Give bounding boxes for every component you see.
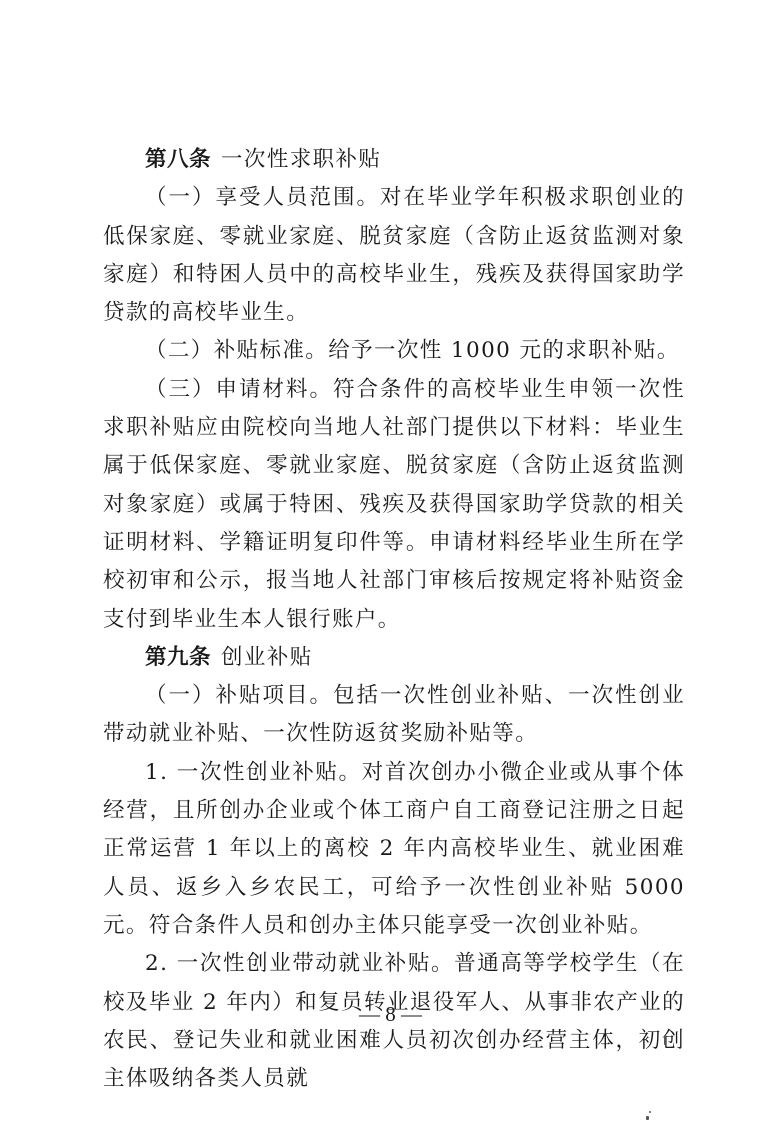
article-9-paragraph-1: （一）补贴项目。包括一次性创业补贴、一次性创业带动就业补贴、一次性防返贫奖励补贴… xyxy=(103,677,685,754)
article-8-heading: 第八条一次性求职补贴 xyxy=(103,141,685,179)
article-8-paragraph-2: （二）补贴标准。给予一次性 1000 元的求职补贴。 xyxy=(103,332,685,370)
document-page: 第八条一次性求职补贴 （一）享受人员范围。对在毕业学年积极求职创业的低保家庭、零… xyxy=(103,141,685,1098)
article-8-title: 一次性求职补贴 xyxy=(221,147,381,172)
article-8-number: 第八条 xyxy=(145,147,211,172)
article-9-title: 创业补贴 xyxy=(221,645,313,670)
scan-speck-mark xyxy=(646,1116,649,1120)
scan-speck-mark xyxy=(664,1035,666,1045)
article-8-paragraph-3: （三）申请材料。符合条件的高校毕业生申领一次性求职补贴应由院校向当地人社部门提供… xyxy=(103,371,685,639)
article-8-paragraph-1: （一）享受人员范围。对在毕业学年积极求职创业的低保家庭、零就业家庭、脱贫家庭（含… xyxy=(103,179,685,332)
article-9-heading: 第九条创业补贴 xyxy=(103,639,685,677)
article-9-number: 第九条 xyxy=(145,645,211,670)
scan-speck-mark xyxy=(649,1111,651,1113)
page-number: — 8 — xyxy=(0,1002,781,1027)
article-9-paragraph-2: 1. 一次性创业补贴。对首次创办小微企业或从事个体经营，且所创办企业或个体工商户… xyxy=(103,754,685,945)
